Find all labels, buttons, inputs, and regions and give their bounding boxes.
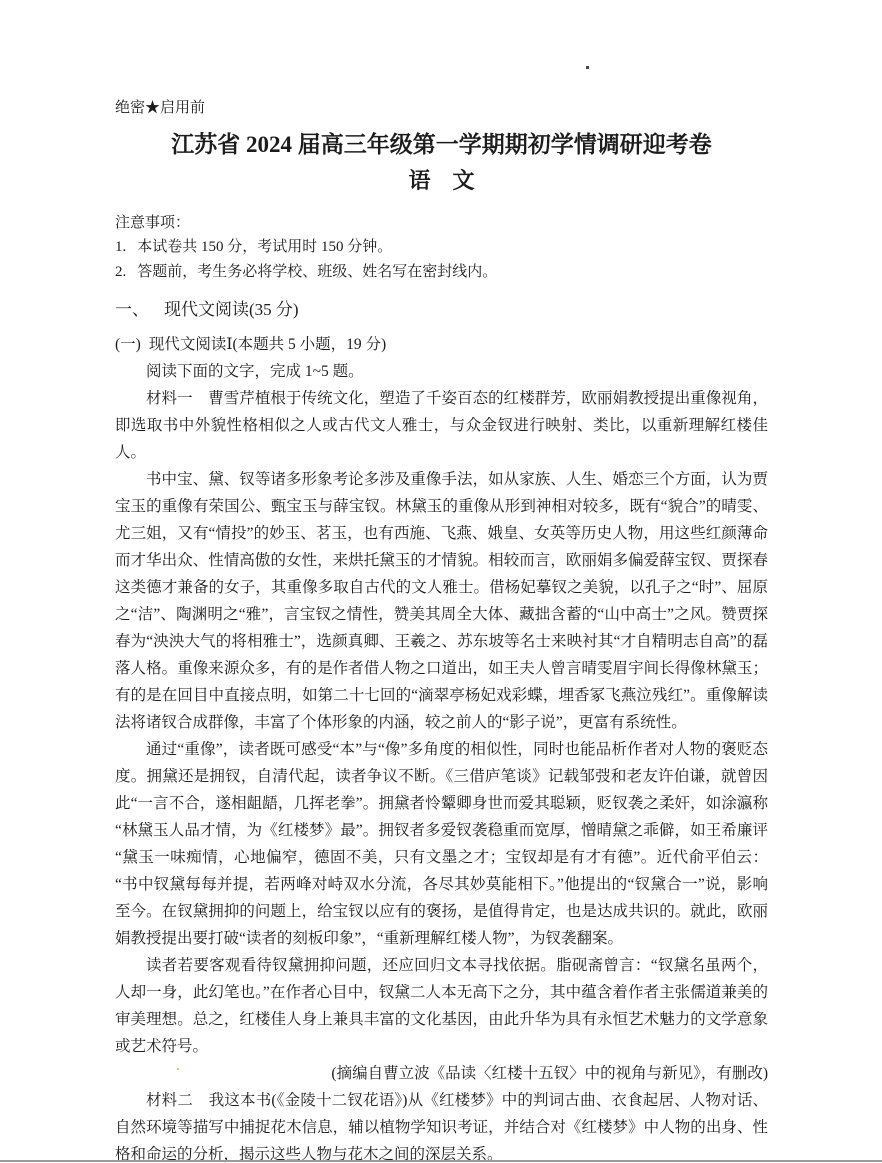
exam-paper-content: 绝密★启用前 江苏省 2024 届高三年级第一学期期初学情调研迎考卷 语 文 注… (115, 98, 768, 1163)
material-one-paragraph-3: 通过“重像”，读者既可感受“本”与“像”多角度的相似性，同时也能品析作者对人物的… (115, 736, 768, 952)
subsection-one-heading: (一) 现代文阅读Ⅰ(本题共 5 小题，19 分) (115, 331, 768, 358)
exam-title: 江苏省 2024 届高三年级第一学期期初学情调研迎考卷 (115, 129, 768, 161)
notice-item-2-number: 2. (115, 260, 126, 285)
material-one-paragraph-2: 书中宝、黛、钗等诸多形象考论多涉及重像手法，如从家族、人生、婚恋三个方面，认为贾… (115, 466, 768, 736)
section-one-heading: 一、 现代文阅读(35 分) (115, 296, 768, 324)
page-bottom-edge (0, 1160, 882, 1162)
subsection-one-title: 现代文阅读Ⅰ(本题共 5 小题，19 分) (149, 331, 386, 358)
material-two-paragraph: 材料二 我这本书(《金陵十二钗花语》)从《红楼梦》中的判词古曲、衣食起居、人物对… (115, 1087, 768, 1163)
section-one-number: 一、 (115, 296, 149, 324)
subject-title: 语 文 (115, 166, 768, 196)
exam-page: { "doc": { "classification": "绝密★启用前", "… (0, 0, 882, 1163)
material-one-paragraph-4: 读者若要客观看待钗黛拥抑问题，还应回归文本寻找依据。脂砚斋曾言：“钗黛名虽两个，… (115, 952, 768, 1060)
notice-item-1: 1. 本试卷共 150 分，考试用时 150 分钟。 (115, 235, 768, 260)
material-one-citation: (摘编自曹立波《品读〈红楼十五钗〉中的视角与新见》，有删改) (115, 1060, 768, 1087)
notice-heading: 注意事项： (115, 211, 768, 235)
subsection-one-number: (一) (115, 331, 141, 358)
notice-item-2: 2. 答题前，考生务必将学校、班级、姓名写在密封线内。 (115, 260, 768, 285)
classification-label: 绝密★启用前 (115, 98, 768, 119)
material-one-paragraph-1: 材料一 曹雪芹植根于传统文化，塑造了千姿百态的红楼群芳，欧丽娟教授提出重像视角，… (115, 385, 768, 466)
section-one-title: 现代文阅读(35 分) (164, 296, 299, 324)
notice-item-1-number: 1. (115, 235, 126, 260)
stray-ink-dot (586, 66, 589, 69)
notice-item-2-text: 答题前，考生务必将学校、班级、姓名写在密封线内。 (137, 260, 497, 285)
notice-item-1-text: 本试卷共 150 分，考试用时 150 分钟。 (137, 235, 392, 260)
reading-instruction: 阅读下面的文字，完成 1~5 题。 (115, 358, 768, 385)
